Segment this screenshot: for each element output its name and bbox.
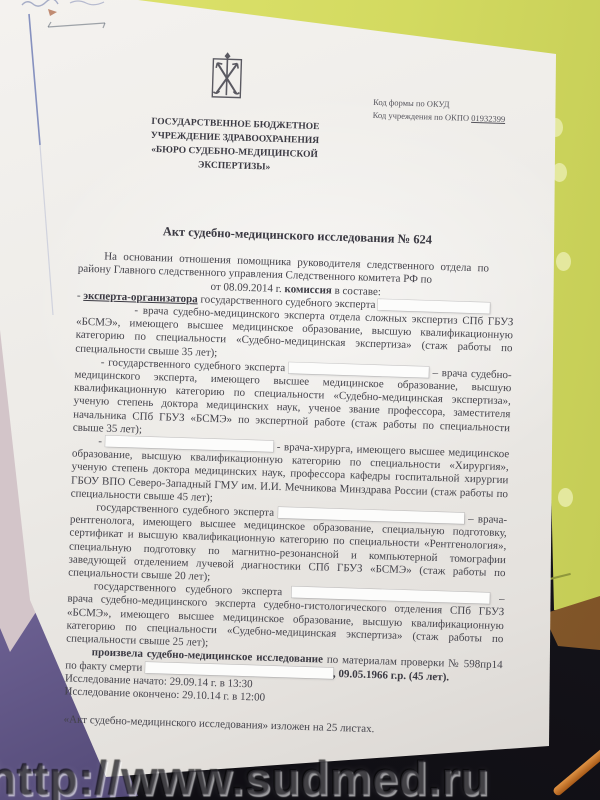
document-title: Акт судебно-медицинского исследования № … <box>79 223 516 250</box>
document-header: Код формы по ОКУД Код учреждения по ОКПО… <box>80 39 521 201</box>
text-segment: от 08.09.2014 г. <box>210 280 284 294</box>
text-segment: – врача судебно-медицинского эксперта, и… <box>73 367 512 436</box>
binder-hole <box>556 252 571 271</box>
code-block: Код формы по ОКУД Код учреждения по ОКПО… <box>373 96 534 127</box>
okpo-label: Код учреждения по ОКПО <box>373 110 472 123</box>
text-segment: , 09.05.1966 г.р. (45 лет). <box>333 667 449 683</box>
watermark-text: http://www.sudmed.ru <box>0 751 600 800</box>
body-paragraph: - государственного судебного эксперта – … <box>73 355 512 448</box>
org-name: ГОСУДАРСТВЕННОЕ БЮДЖЕТНОЕ УЧРЕЖДЕНИЕ ЗДР… <box>149 115 321 176</box>
blank-space <box>489 271 515 273</box>
text-segment: эксперта-организатора <box>83 290 198 306</box>
text-segment: в составе: <box>332 284 381 298</box>
text-segment: – врача-рентгенолога, имеющего высшее ме… <box>68 513 507 583</box>
binder-hole <box>558 488 573 507</box>
body-paragraph: государственного судебного эксперта – вр… <box>68 501 507 594</box>
text-segment: - врача-хирурга, имеющего высшее медицин… <box>71 441 510 504</box>
document-content: Код формы по ОКУД Код учреждения по ОКПО… <box>63 39 521 741</box>
photo-scene: Код формы по ОКУД Код учреждения по ОКПО… <box>0 0 600 800</box>
okpo-value: 01932399 <box>471 113 505 124</box>
redaction-box <box>378 299 490 314</box>
document-body: На основании отношения помощника руковод… <box>63 250 515 741</box>
text-segment: комиссия <box>284 283 332 296</box>
coat-of-arms-emblem <box>211 51 242 100</box>
